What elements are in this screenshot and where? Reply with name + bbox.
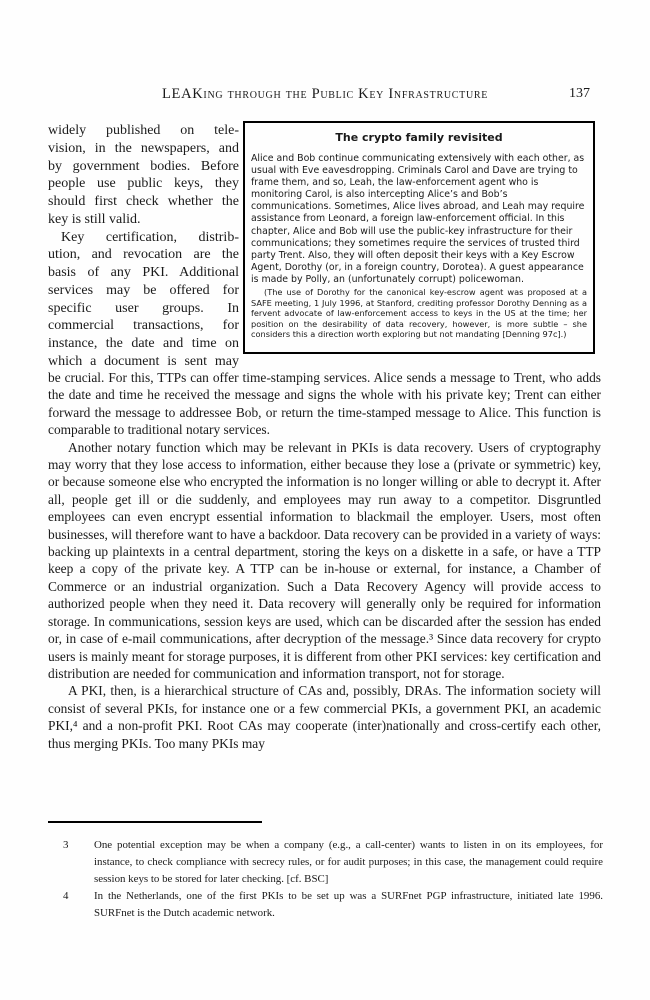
column-line: should first check whether the [48, 193, 239, 211]
column-line: by government bodies. Before [48, 158, 239, 176]
column-line: Key certification, distrib- [48, 229, 239, 247]
column-line: ution, and revocation are the [48, 246, 239, 264]
crypto-family-sidebar-box: The crypto family revisited Alice and Bo… [243, 121, 595, 354]
book-page: LEAKing through the Public Key Infrastru… [0, 0, 650, 1000]
left-text-column: widely published on tele- vision, in the… [48, 122, 239, 371]
column-line: widely published on tele- [48, 122, 239, 140]
main-body-text: be crucial. For this, TTPs can offer tim… [48, 369, 601, 752]
column-line: commercial transactions, for [48, 317, 239, 335]
footnote-item: 4 In the Netherlands, one of the first P… [63, 888, 603, 922]
body-paragraph: be crucial. For this, TTPs can offer tim… [48, 369, 601, 439]
footnote-item: 3 One potential exception may be when a … [63, 837, 603, 888]
column-line: basis of any PKI. Additional [48, 264, 239, 282]
page-number: 137 [545, 86, 590, 102]
footnote-number: 4 [63, 888, 94, 922]
footnote-number: 3 [63, 837, 94, 888]
footnote-text: One potential exception may be when a co… [94, 837, 603, 888]
column-line: specific user groups. In [48, 300, 239, 318]
footnote-separator-rule [48, 821, 262, 823]
footnote-text: In the Netherlands, one of the first PKI… [94, 888, 603, 922]
column-line: people use public keys, they [48, 175, 239, 193]
sidebar-box-title: The crypto family revisited [251, 131, 587, 144]
body-paragraph: A PKI, then, is a hierarchical structure… [48, 682, 601, 752]
column-line: vision, in the newspapers, and [48, 140, 239, 158]
footnotes-block: 3 One potential exception may be when a … [63, 837, 603, 922]
sidebar-box-body: Alice and Bob continue communicating ext… [251, 153, 587, 286]
column-line: instance, the date and time on [48, 335, 239, 353]
sidebar-box-footnote: (The use of Dorothy for the canonical ke… [251, 287, 587, 340]
column-line: which a document is sent may [48, 353, 239, 371]
column-line: services may be offered for [48, 282, 239, 300]
column-line: key is still valid. [48, 211, 239, 229]
body-paragraph: Another notary function which may be rel… [48, 439, 601, 683]
